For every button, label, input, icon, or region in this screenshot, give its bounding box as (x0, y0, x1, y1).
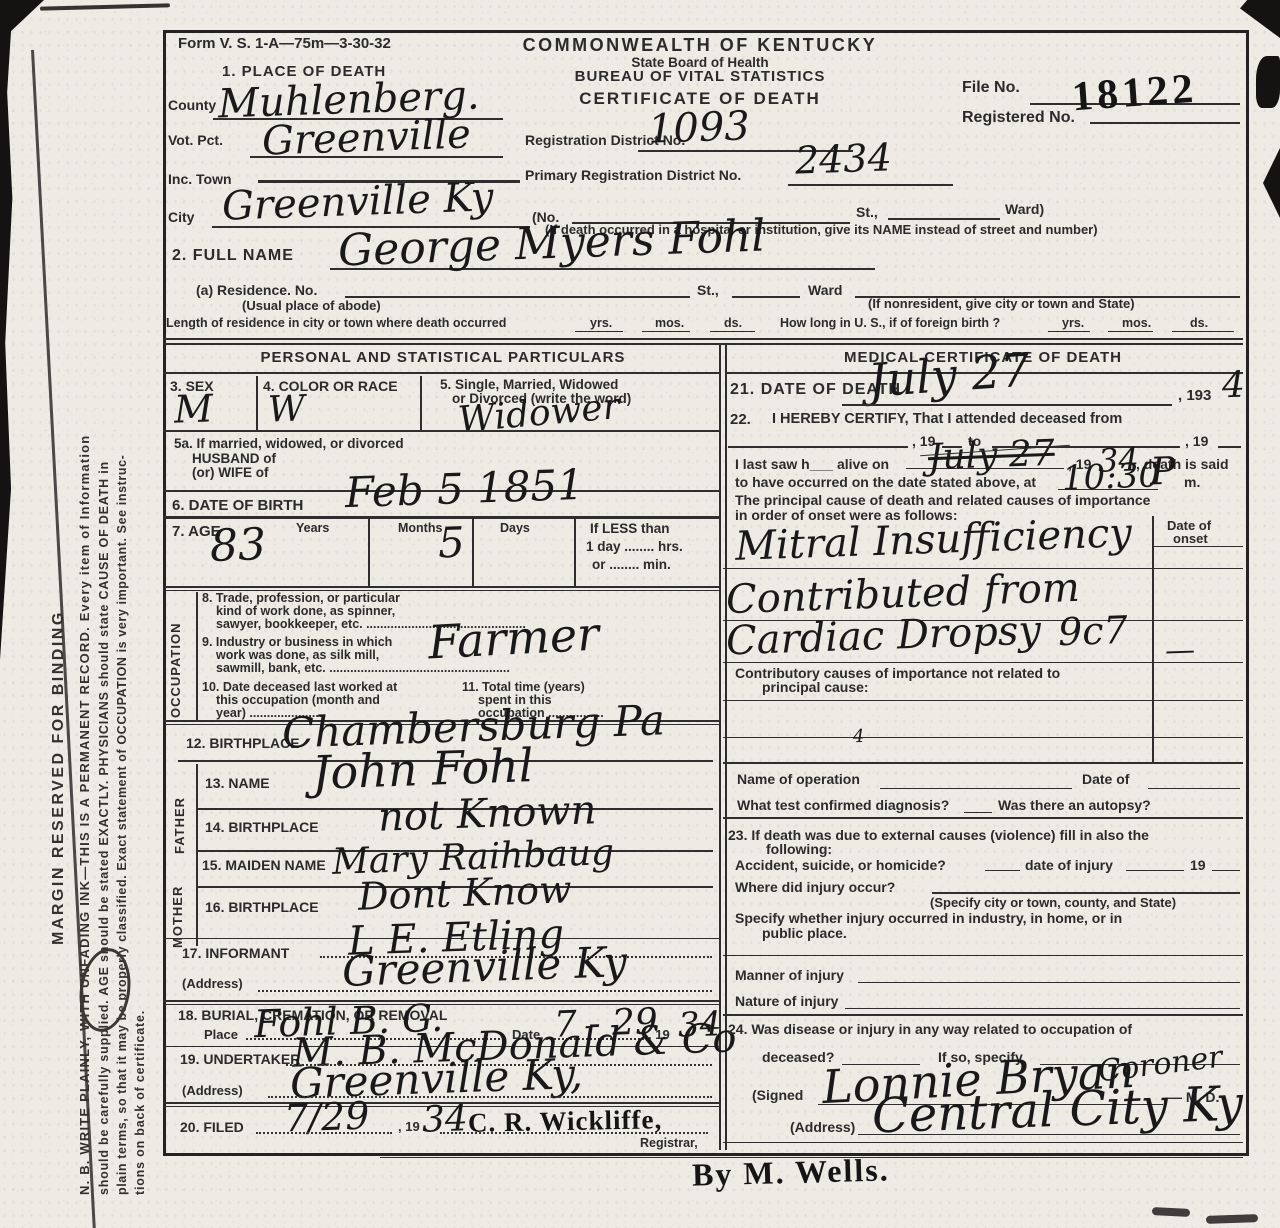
informant-addr-label: (Address) (182, 977, 243, 991)
death-time-value: 10:30 (1061, 458, 1160, 495)
personal-section-title: PERSONAL AND STATISTICAL PARTICULARS (183, 350, 703, 366)
onset-rule-1 (1152, 546, 1243, 547)
father-bp-value: not Known (377, 790, 597, 838)
date-of-death-value: July 27 (867, 346, 1032, 403)
mother-bp-value: Dont Know (357, 870, 572, 915)
dod-year-value: 4 (1221, 368, 1245, 405)
informant-label: 17. INFORMANT (182, 946, 289, 961)
commonwealth-title: COMMONWEALTH OF KENTUCKY (505, 36, 895, 55)
street-line (888, 218, 1000, 220)
specify-injury-label-2: public place. (762, 926, 847, 941)
filed-dotted-2 (440, 1132, 708, 1134)
top-edge-mark (40, 3, 170, 10)
length-blank-6 (1172, 331, 1234, 332)
specify-city-note: (Specify city or town, county, and State… (930, 896, 1176, 910)
county-label: County (168, 98, 216, 113)
age-less1-label: If LESS than (590, 522, 670, 536)
vot-pct-value: Greenville (261, 114, 471, 161)
test-row-rule (723, 817, 1243, 819)
residence-ward-label: Ward (808, 283, 842, 298)
certify-19b: , 19 (1185, 434, 1208, 449)
cause-rule-5 (723, 737, 1152, 738)
us-mos-label: mos. (1122, 317, 1151, 330)
father-vertical-label: FATHER (172, 768, 187, 854)
margin-note-line-4: tions on back of certificate. (133, 1010, 147, 1195)
right-bottom-rule (723, 1142, 1243, 1143)
filed-label: 20. FILED (180, 1120, 244, 1135)
primary-district-value: 2434 (794, 138, 892, 179)
residence-label: (a) Residence. No. (196, 283, 317, 298)
age-months-value: 5 (437, 522, 465, 565)
file-no-value: 18122 (1071, 68, 1199, 119)
onset-column-divider (1152, 516, 1154, 762)
length-mos-label: mos. (655, 317, 684, 330)
full-name-label: 2. FULL NAME (172, 248, 294, 265)
length-yrs-label: yrs. (590, 317, 612, 330)
age-divider-3 (574, 518, 576, 586)
burial-place-label: Place (204, 1028, 238, 1042)
city-label: City (168, 210, 194, 225)
certify-number: 22. (730, 412, 751, 428)
dob-label: 6. DATE OF BIRTH (172, 498, 303, 514)
operation-date-line (1148, 788, 1240, 789)
age-less3-label: or ........ min. (592, 558, 671, 572)
item24-rule (723, 1014, 1243, 1016)
accident-line (985, 870, 1020, 871)
by-m-wells-stamp: By M. Wells. (692, 1153, 890, 1190)
occupation-vertical-label: OCCUPATION (168, 594, 183, 718)
date-of-death-line (842, 404, 1172, 406)
length-blank-5 (1108, 331, 1153, 332)
certify-blank-4 (1218, 446, 1241, 448)
city-value: Greenville Ky (221, 177, 494, 226)
test-line (964, 812, 992, 813)
where-injury-label: Where did injury occur? (735, 880, 895, 895)
item24-label: 24. Was disease or injury in any way rel… (728, 1022, 1132, 1037)
item5a-label-1: 5a. If married, widowed, or divorced (174, 437, 404, 451)
principal-cause-label-1: The principal cause of death and related… (735, 493, 1150, 508)
occupation-inner-divider (196, 592, 198, 720)
file-no-label: File No. (962, 80, 1020, 97)
certify-blank-1 (728, 446, 908, 448)
last-saw-label: I last saw h___ alive on (735, 457, 889, 472)
time-m-label: m. (1184, 475, 1200, 490)
dob-value: Feb 5 1851 (344, 464, 584, 514)
race-value: W (267, 391, 305, 428)
undertaker-label: 19. UNDERTAKER (180, 1052, 300, 1067)
autopsy-label: Was there an autopsy? (998, 798, 1151, 813)
age-less2-label: 1 day ........ hrs. (586, 540, 683, 554)
mother-vertical-label: MOTHER (170, 858, 185, 948)
father-name-label: 13. NAME (205, 776, 270, 791)
mother-bp-label: 16. BIRTHPLACE (205, 900, 319, 915)
where-injury-line (932, 892, 1240, 894)
registrar-label: Registrar, (640, 1137, 698, 1150)
item5a-label-3: (or) WIFE of (192, 466, 268, 480)
physician-address-label: (Address) (790, 1120, 855, 1135)
injury-19-line (1212, 870, 1240, 871)
undertaker-addr-label: (Address) (182, 1084, 243, 1098)
section-rule-top-b (163, 343, 1243, 345)
last-saw-value: July 27 (927, 436, 1055, 476)
contributory-label-2: principal cause: (762, 680, 869, 695)
mother-inner-divider (196, 856, 198, 946)
primary-district-line (788, 184, 953, 186)
onset-header-2: onset (1173, 532, 1208, 546)
injury-19-label: 19 (1190, 858, 1206, 873)
margin-note-line-3: plain terms, so that it may be properly … (115, 455, 129, 1195)
dod-year-pre: , 193 (1178, 388, 1211, 404)
us-yrs-label: yrs. (1062, 317, 1084, 330)
street-label: St., (856, 205, 878, 220)
filed-dotted-1 (256, 1132, 392, 1134)
torn-edge-left-strip (0, 0, 13, 660)
item23-label-2: following: (766, 842, 832, 857)
vot-pct-label: Vot. Pct. (168, 133, 223, 148)
operation-date-label: Date of (1082, 772, 1129, 787)
manner-line (858, 982, 1240, 983)
accident-label: Accident, suicide, or homicide? (735, 858, 946, 873)
item8-label-2: kind of work done, as spinner, (216, 605, 395, 618)
how-long-us-label: How long in U. S., if of foreign birth ? (780, 317, 1000, 330)
father-inner-divider (196, 764, 198, 856)
personal-title-rule (163, 372, 719, 374)
injury-date-line (1126, 870, 1184, 871)
physician-address-value: Central City Ky (871, 1080, 1244, 1141)
father-bp-label: 14. BIRTHPLACE (205, 820, 319, 835)
death-certificate-scan: MARGIN RESERVED FOR BINDING N. B. WRITE … (0, 0, 1280, 1228)
margin-binding-note: MARGIN RESERVED FOR BINDING (50, 610, 68, 945)
age-days-header: Days (500, 522, 530, 535)
length-residence-label: Length of residence in city or town wher… (166, 317, 506, 330)
manner-label: Manner of injury (735, 968, 844, 983)
mother-name-label: 15. MAIDEN NAME (202, 858, 326, 873)
operation-line (880, 788, 1072, 789)
onset-rule-2 (1152, 568, 1243, 569)
row3-rule (163, 430, 719, 432)
small-4-mark: 4 (853, 728, 865, 746)
cause-rule-4 (723, 700, 1152, 701)
certify-text: I HEREBY CERTIFY, That I attended deceas… (772, 412, 1122, 427)
torn-edge-right-blob (1256, 56, 1280, 108)
reg-district-value: 1093 (647, 106, 750, 150)
length-ds-label: ds. (724, 317, 742, 330)
nonresident-note: (If nonresident, give city or town and S… (868, 297, 1135, 311)
operation-label: Name of operation (737, 772, 860, 787)
abode-note: (Usual place of abode) (242, 299, 381, 313)
length-blank-2 (642, 331, 690, 332)
age-divider-1 (368, 518, 370, 586)
residence-st-label: St., (697, 283, 719, 298)
onset-rule-3 (1152, 620, 1243, 621)
registered-no-label: Registered No. (962, 110, 1075, 127)
age-years-header: Years (296, 522, 329, 535)
length-blank-3 (710, 331, 755, 332)
informant-addr-dotted (258, 990, 712, 992)
specify-blank-rule (723, 955, 1243, 956)
father-name-value: John Fohl (311, 742, 534, 796)
sex-value: M (173, 389, 213, 428)
torn-edge-right-wedge (1263, 148, 1280, 218)
ward-label: Ward) (1005, 202, 1044, 217)
occurred-label: to have occurred on the date stated abov… (735, 475, 1036, 490)
length-blank-1 (575, 331, 623, 332)
cause-3-onset-note: 9c7 (1057, 611, 1128, 651)
primary-district-label: Primary Registration District No. (525, 168, 741, 183)
signed-label: (Signed (752, 1088, 803, 1103)
residence-line-1 (345, 296, 690, 298)
nature-label: Nature of injury (735, 994, 838, 1009)
sex-race-divider (256, 376, 258, 430)
age-divider-2 (472, 518, 474, 586)
length-blank-4 (1048, 331, 1090, 332)
race-marital-divider (420, 376, 422, 430)
margin-note-line-1: N. B. WRITE PLAINLY, WITH UNFADING INK—T… (77, 435, 92, 1195)
onset-dash-mark: — (1164, 635, 1195, 666)
onset-rule-6 (1152, 737, 1243, 738)
bottom-right-mark-1 (1152, 1207, 1190, 1217)
test-label: What test confirmed diagnosis? (737, 798, 949, 813)
filed-year-pre: , 19 (398, 1120, 420, 1134)
us-ds-label: ds. (1190, 317, 1208, 330)
age-years-value: 83 (209, 523, 267, 569)
specify-injury-label-1: Specify whether injury occurred in indus… (735, 911, 1122, 926)
registered-no-line (1090, 122, 1240, 124)
form-number: Form V. S. 1-A—75m—3-30-32 (178, 36, 391, 52)
item9-label-2: work was done, as silk mill, (216, 649, 379, 662)
cause-rule-bottom (723, 762, 1243, 764)
industry-value: Farmer (427, 611, 600, 666)
onset-rule-5 (1152, 700, 1243, 701)
nature-line (845, 1008, 1240, 1009)
age-rule-a (163, 586, 719, 588)
injury-date-label: date of injury (1025, 858, 1113, 873)
bottom-right-mark-2 (1206, 1214, 1258, 1224)
death-ampm-value: P (1149, 452, 1176, 491)
age-months-header: Months (398, 522, 442, 535)
cause-line-3: Cardiac Dropsy (725, 611, 1041, 662)
residence-line-2 (732, 296, 800, 298)
bureau-subtitle: BUREAU OF VITAL STATISTICS (505, 69, 895, 85)
margin-note-line-2: should be carefully supplied. AGE should… (97, 461, 111, 1195)
section-rule-top-a (163, 338, 1243, 340)
physician-address-line (858, 1134, 1240, 1135)
informant-addr-value: Greenville Ky (341, 941, 627, 993)
